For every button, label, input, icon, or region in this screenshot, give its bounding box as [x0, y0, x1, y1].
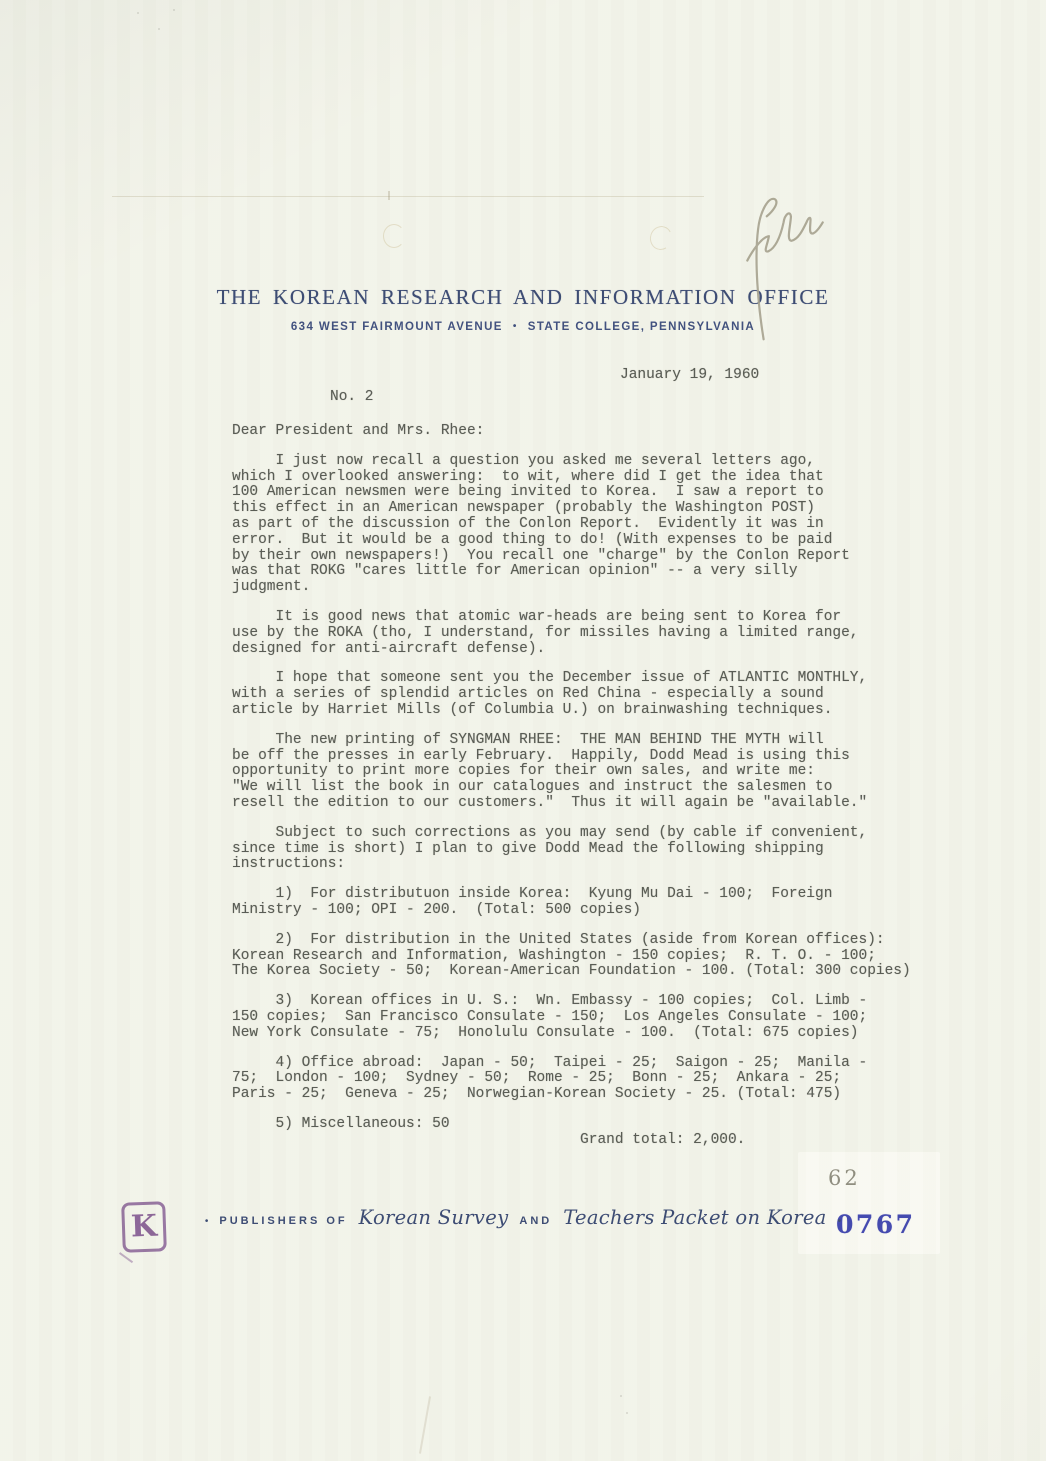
bottom-crease: [419, 1396, 431, 1453]
footer-bullet-icon: •: [838, 1216, 842, 1227]
address-separator-dot: •: [503, 321, 528, 332]
letterhead-title: THE KOREAN RESEARCH AND INFORMATION OFFI…: [0, 285, 1046, 310]
footer-bullet-icon: •: [205, 1216, 209, 1227]
body-paragraph: I hope that someone sent you the Decembe…: [232, 671, 911, 718]
shipping-item: 1) For distributuon inside Korea: Kyung …: [232, 887, 911, 919]
body-paragraph: Subject to such corrections as you may s…: [232, 826, 911, 873]
shipping-item: 4) Office abroad: Japan - 50; Taipei - 2…: [232, 1056, 911, 1103]
publication-title-teachers-packet: Teachers Packet on Korea: [563, 1206, 826, 1229]
fold-line: [112, 196, 704, 197]
body-paragraph: It is good news that atomic war-heads ar…: [232, 610, 911, 657]
letterhead-street: 634 WEST FAIRMOUNT AVENUE: [291, 321, 503, 333]
shipping-item-grand-total: 5) Miscellaneous: 50 Grand total: 2,000.: [232, 1117, 911, 1149]
publisher-footer: • PUBLISHERS OF Korean Survey AND Teache…: [0, 1206, 1046, 1229]
pencil-script-icon: [712, 186, 842, 346]
letter-page: file THE KOREAN RESEARCH AND INFORMATION…: [0, 0, 1046, 1461]
letter-body: Dear President and Mrs. Rhee: I just now…: [232, 424, 911, 1162]
shipping-item: 2) For distribution in the United States…: [232, 933, 911, 980]
shipping-item: 3) Korean offices in U. S.: Wn. Embassy …: [232, 994, 911, 1041]
letter-date: January 19, 1960: [620, 368, 759, 384]
paper-speck: [173, 9, 175, 11]
publishers-label: PUBLISHERS OF: [219, 1215, 347, 1227]
and-label: AND: [519, 1215, 552, 1227]
letterhead-address: 634 WEST FAIRMOUNT AVENUE•STATE COLLEGE,…: [0, 321, 1046, 333]
paper-speck: [137, 12, 139, 14]
body-paragraph: The new printing of SYNGMAN RHEE: THE MA…: [232, 733, 911, 812]
page-number-stamp: 62: [828, 1166, 861, 1190]
letterhead: THE KOREAN RESEARCH AND INFORMATION OFFI…: [0, 285, 1046, 333]
paper-speck: [158, 28, 160, 30]
pencil-smudge: [647, 224, 674, 253]
pencil-smudge: [383, 224, 405, 248]
letter-number: No. 2: [330, 390, 374, 406]
paper-speck: [626, 1412, 628, 1414]
fold-tick-mark: [388, 191, 390, 200]
publication-title-korean-survey: Korean Survey: [359, 1206, 509, 1229]
paper-speck: [620, 1395, 622, 1397]
salutation: Dear President and Mrs. Rhee:: [232, 424, 911, 440]
handwritten-file-annotation: file: [712, 186, 842, 346]
body-paragraph: I just now recall a question you asked m…: [232, 454, 911, 596]
